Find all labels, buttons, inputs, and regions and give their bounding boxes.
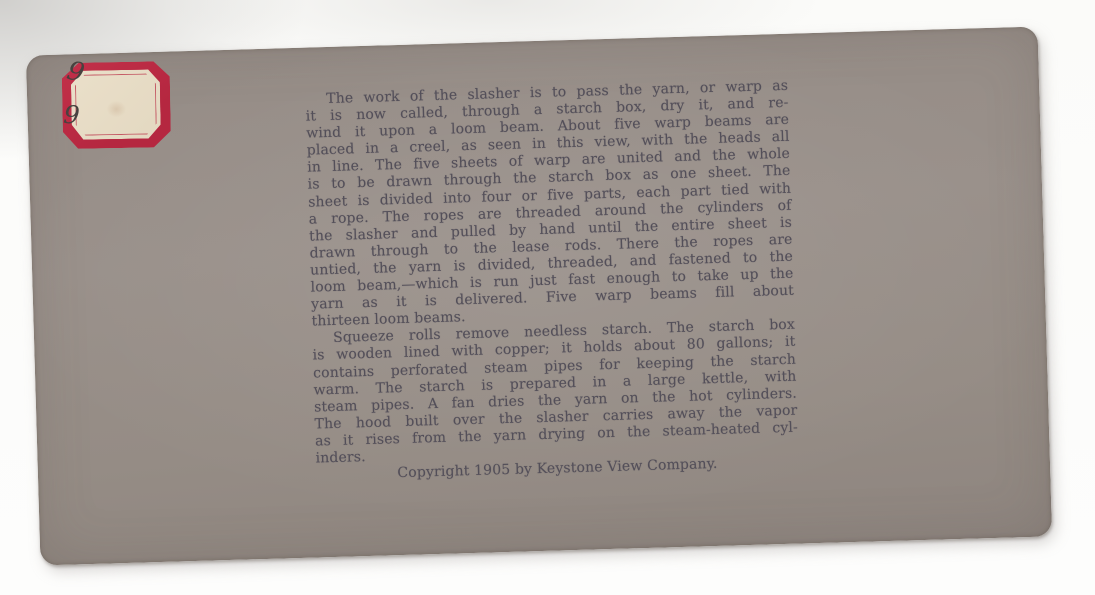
label-face — [71, 69, 161, 140]
scan-background: { "page": { "background_color": "#fbfbf9… — [0, 0, 1095, 595]
paragraph: The work of the slasher is to pass the y… — [305, 78, 795, 331]
text-lines: The work of the slasher is to pass the y… — [305, 78, 799, 468]
printed-text: The work of the slasher is to pass the y… — [305, 78, 799, 485]
label-stain — [103, 97, 129, 119]
handwritten-mark-bottom: 9 — [62, 100, 81, 130]
stereoview-card-back: 9 9 The work of the slasher is to pass t… — [26, 27, 1052, 566]
paragraph: Squeeze rolls remove needless starch. Th… — [312, 317, 799, 468]
